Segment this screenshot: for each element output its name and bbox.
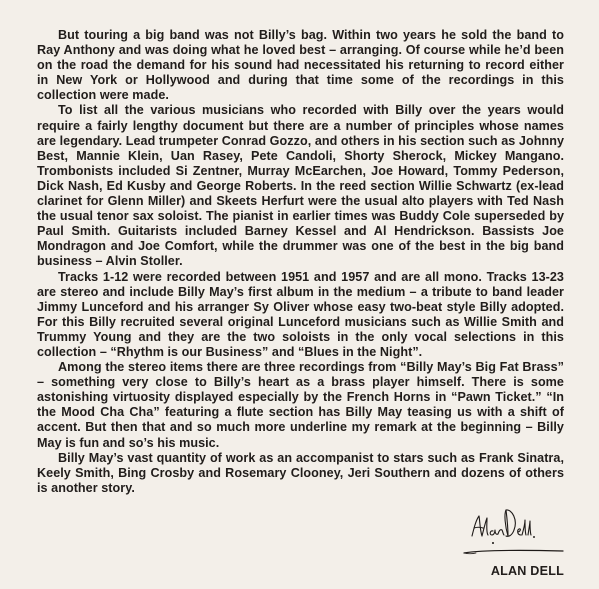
paragraph-accompanist: Billy May’s vast quantity of work as an … [37, 451, 564, 496]
paragraph-touring: But touring a big band was not Billy’s b… [37, 28, 564, 103]
liner-notes-body: But touring a big band was not Billy’s b… [37, 28, 564, 496]
paragraph-tracks: Tracks 1-12 were recorded between 1951 a… [37, 270, 564, 361]
paragraph-stereo-items: Among the stereo items there are three r… [37, 360, 564, 451]
handwritten-signature-icon [462, 506, 564, 556]
paragraph-musicians: To list all the various musicians who re… [37, 103, 564, 269]
author-name: ALAN DELL [491, 564, 564, 578]
